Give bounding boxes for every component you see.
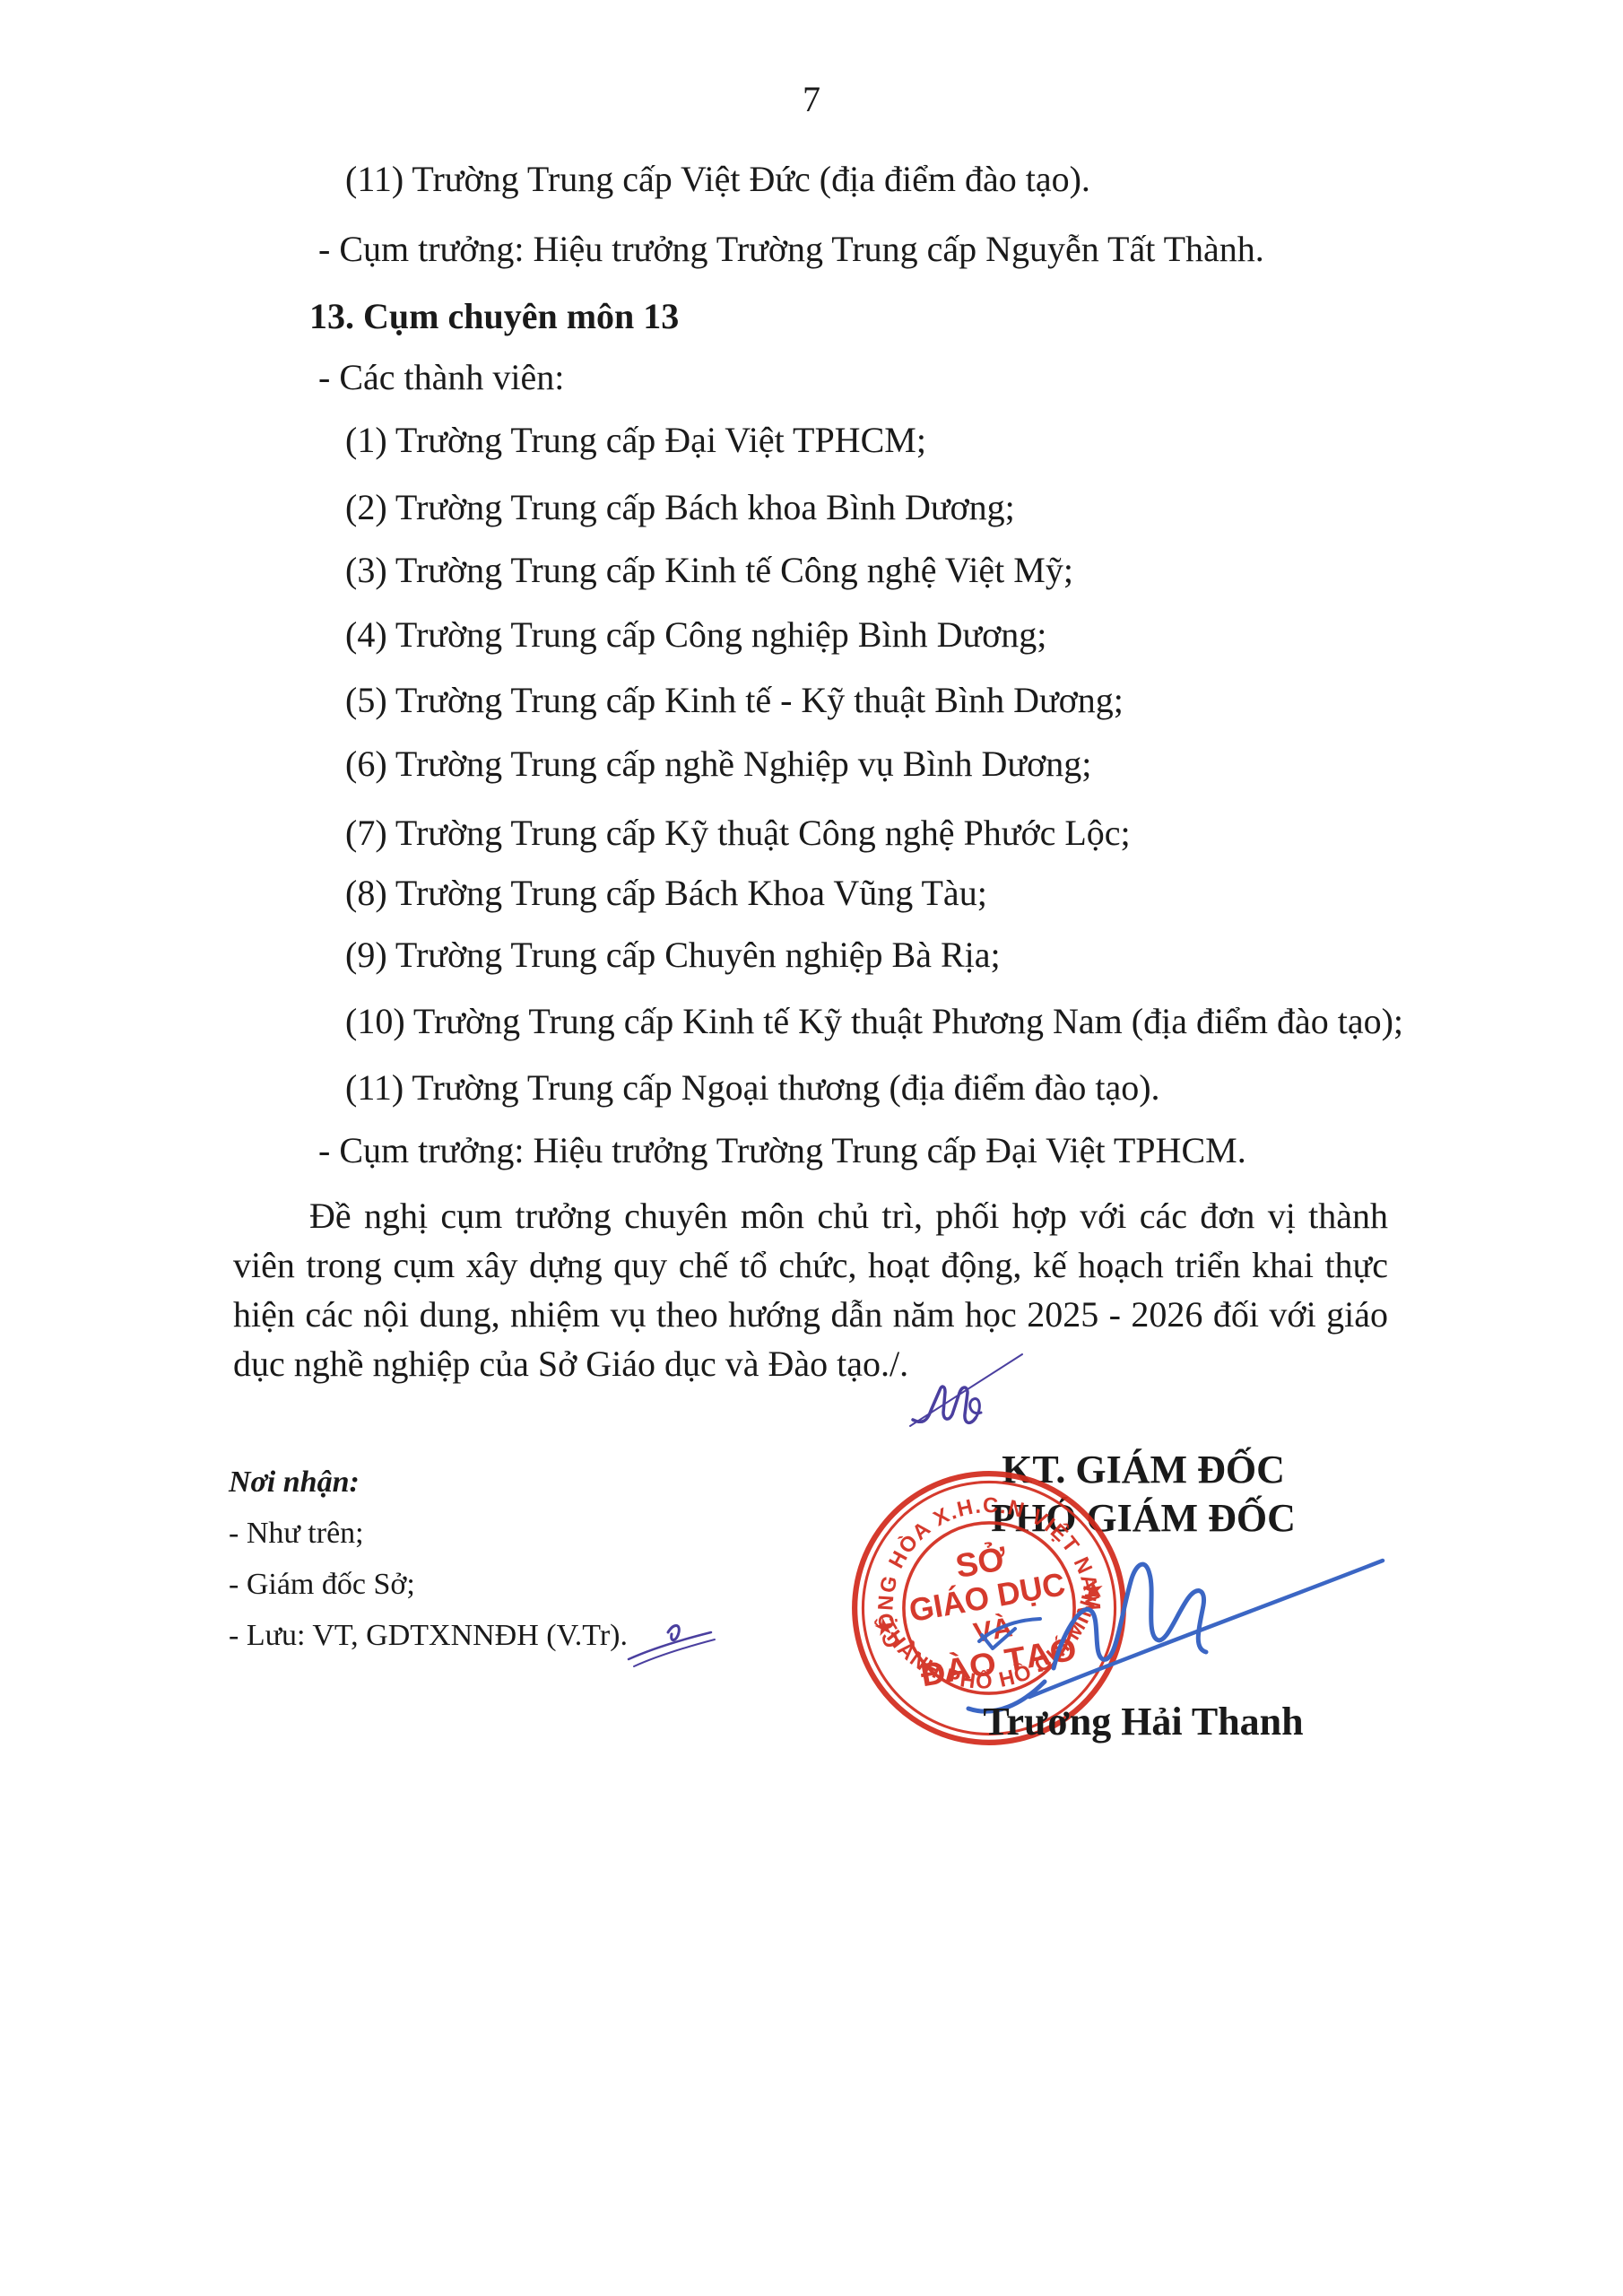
recipient-item: - Giám đốc Sở; <box>229 1559 628 1610</box>
page-number: 7 <box>0 74 1623 124</box>
member-item: (7) Trường Trung cấp Kỹ thuật Công nghệ … <box>233 808 1511 857</box>
member-item: (8) Trường Trung cấp Bách Khoa Vũng Tàu; <box>233 868 1511 918</box>
member-item: (1) Trường Trung cấp Đại Việt TPHCM; <box>233 415 1511 465</box>
member-item: (3) Trường Trung cấp Kinh tế Công nghệ V… <box>233 545 1511 595</box>
cluster-leader-line: - Cụm trưởng: Hiệu trưởng Trường Trung c… <box>233 1126 1484 1175</box>
recipient-item: - Như trên; <box>229 1508 628 1559</box>
member-item: (5) Trường Trung cấp Kinh tế - Kỹ thuật … <box>233 675 1511 725</box>
closing-paragraph: Đề nghị cụm trưởng chuyên môn chủ trì, p… <box>233 1191 1388 1388</box>
doc-line-prev-item: (11) Trường Trung cấp Việt Đức (địa điểm… <box>233 154 1511 204</box>
member-item: (10) Trường Trung cấp Kinh tế Kỹ thuật P… <box>233 996 1511 1046</box>
clerk-initial-mark <box>621 1613 720 1675</box>
member-item: (2) Trường Trung cấp Bách khoa Bình Dươn… <box>233 483 1511 532</box>
recipients-heading: Nơi nhận: <box>229 1457 628 1508</box>
member-item: (6) Trường Trung cấp nghề Nghiệp vụ Bình… <box>233 739 1511 788</box>
signer-name: Trương Hải Thanh <box>897 1698 1390 1746</box>
member-item: (4) Trường Trung cấp Công nghiệp Bình Dư… <box>233 610 1511 659</box>
drafter-initial-mark <box>897 1341 1031 1439</box>
members-label: - Các thành viên: <box>233 352 1484 402</box>
star-icon: ★ <box>872 1612 898 1642</box>
recipient-item: - Lưu: VT, GDTXNNĐH (V.Tr). <box>229 1610 628 1661</box>
member-item: (9) Trường Trung cấp Chuyên nghiệp Bà Rị… <box>233 930 1511 979</box>
section-heading: 13. Cụm chuyên môn 13 <box>233 291 1475 341</box>
document-page: 7 (11) Trường Trung cấp Việt Đức (địa đi… <box>0 0 1623 2296</box>
recipients-block: Nơi nhận: - Như trên; - Giám đốc Sở; - L… <box>229 1457 628 1661</box>
doc-line-prev-leader: - Cụm trưởng: Hiệu trưởng Trường Trung c… <box>233 224 1484 274</box>
member-item: (11) Trường Trung cấp Ngoại thương (địa … <box>233 1063 1511 1112</box>
signature-ink <box>915 1516 1399 1722</box>
